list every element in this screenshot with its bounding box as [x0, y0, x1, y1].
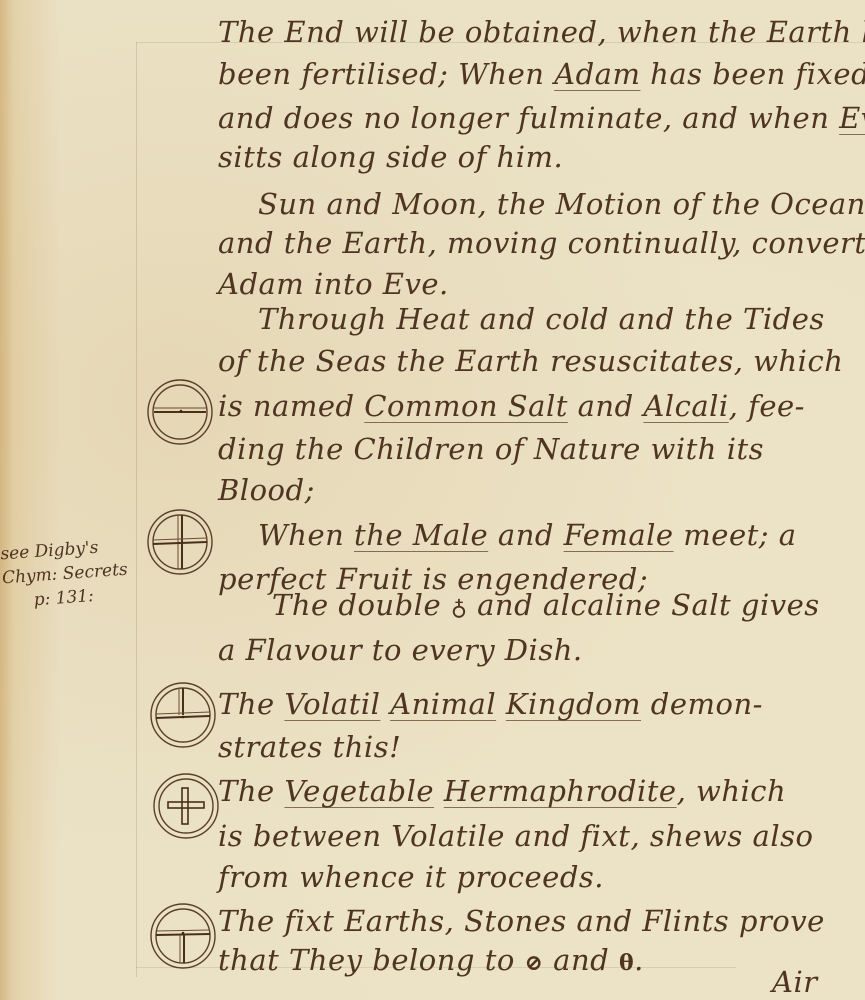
text-segment: , which [677, 774, 787, 808]
text-segment [496, 687, 506, 721]
underlined-term: Hermaphrodite [444, 774, 677, 808]
underlined-term: Alcali [643, 389, 728, 423]
manuscript-line: Through Heat and cold and the Tides [258, 305, 825, 334]
text-segment: and alcaline Salt gives [467, 588, 819, 622]
text-segment: Through Heat and cold and the Tides [258, 302, 825, 336]
underlined-term: the Male [354, 518, 488, 552]
underlined-term: Vegetable [284, 774, 434, 808]
underlined-term: Common Salt [364, 389, 568, 423]
text-segment: been fertilised; When [218, 57, 554, 91]
text-segment: meet; a [674, 518, 797, 552]
text-segment: has been fixed [640, 57, 865, 91]
manuscript-page: The End will be obtained, when the Earth… [0, 0, 865, 1000]
text-segment: . [634, 943, 644, 977]
text-segment: , fee- [729, 389, 805, 423]
text-segment: that They belong to [218, 943, 525, 977]
text-segment: is named [218, 389, 364, 423]
underlined-term: Animal [390, 687, 496, 721]
manuscript-line: strates this! [218, 733, 401, 762]
circle-small-cross-symbol [151, 771, 221, 841]
text-segment: and [543, 943, 618, 977]
margin-rule-vertical [136, 42, 137, 977]
manuscript-line: The End will be obtained, when the Earth… [218, 18, 865, 47]
margin-note: see Digby's Chym: Secrets p: 131: [0, 534, 130, 615]
manuscript-line: When the Male and Female meet; a [258, 521, 797, 550]
text-segment: ding the Children of Nature with its [218, 432, 764, 466]
manuscript-line: of the Seas the Earth resuscitates, whic… [218, 347, 843, 376]
circle-horizontal-bar-symbol [145, 377, 215, 447]
manuscript-line: The Vegetable Hermaphrodite, which [218, 777, 786, 806]
circle-full-cross-symbol [145, 507, 215, 577]
manuscript-line: and the Earth, moving continually, conve… [218, 229, 865, 258]
manuscript-line: is between Volatile and fixt, shews also [218, 822, 813, 851]
text-segment: The [218, 687, 284, 721]
text-segment [380, 687, 390, 721]
text-segment: The fixt Earths, Stones and Flints prove [218, 904, 825, 938]
manuscript-line: been fertilised; When Adam has been fixe… [218, 60, 865, 89]
manuscript-line: The Volatil Animal Kingdom demon- [218, 690, 763, 719]
alchemical-glyph-icon: ♁ [451, 595, 468, 621]
text-segment: demon- [641, 687, 763, 721]
text-segment: Adam into Eve. [218, 267, 449, 301]
text-segment: The double [272, 588, 451, 622]
text-segment: The [218, 774, 284, 808]
manuscript-line: The fixt Earths, Stones and Flints prove [218, 907, 825, 936]
manuscript-line: ding the Children of Nature with its [218, 435, 764, 464]
circle-upper-half-cross-symbol [148, 680, 218, 750]
manuscript-line: Blood; [218, 476, 315, 505]
text-segment: of the Seas the Earth resuscitates, whic… [218, 344, 843, 378]
catchword: Air [772, 968, 818, 997]
text-segment: from whence it proceeds. [218, 860, 604, 894]
underlined-term: Kingdom [506, 687, 641, 721]
text-segment: Blood; [218, 473, 315, 507]
manuscript-line: The double ♁ and alcaline Salt gives [272, 591, 820, 620]
manuscript-line: that They belong to ⊘ and θ. [218, 946, 644, 975]
underlined-term: Female [564, 518, 674, 552]
circle-lower-t-symbol [148, 901, 218, 971]
text-segment: sitts along side of him. [218, 140, 563, 174]
text-segment: and [488, 518, 563, 552]
text-segment [434, 774, 444, 808]
manuscript-line: and does no longer fulminate, and when E… [218, 104, 865, 133]
manuscript-line: Sun and Moon, the Motion of the Ocean [258, 190, 865, 219]
underlined-term: Adam [554, 57, 640, 91]
text-segment: The End will be obtained, when the Earth… [218, 15, 865, 49]
manuscript-line: a Flavour to every Dish. [218, 636, 583, 665]
text-segment: and does no longer fulminate, and when [218, 101, 839, 135]
text-segment: and the Earth, moving continually, conve… [218, 226, 865, 260]
manuscript-line: Adam into Eve. [218, 270, 449, 299]
underlined-term: Volatil [284, 687, 380, 721]
alchemical-glyph-icon: θ [619, 950, 634, 976]
text-segment: is between Volatile and fixt, shews also [218, 819, 813, 853]
text-segment: and [568, 389, 643, 423]
manuscript-line: sitts along side of him. [218, 143, 563, 172]
alchemical-glyph-icon: ⊘ [525, 950, 544, 976]
underlined-term: Eva [839, 101, 865, 135]
text-segment: a Flavour to every Dish. [218, 633, 583, 667]
manuscript-line: is named Common Salt and Alcali, fee- [218, 392, 805, 421]
text-segment: Sun and Moon, the Motion of the Ocean [258, 187, 865, 221]
manuscript-line: from whence it proceeds. [218, 863, 604, 892]
text-segment: strates this! [218, 730, 401, 764]
text-segment: When [258, 518, 354, 552]
